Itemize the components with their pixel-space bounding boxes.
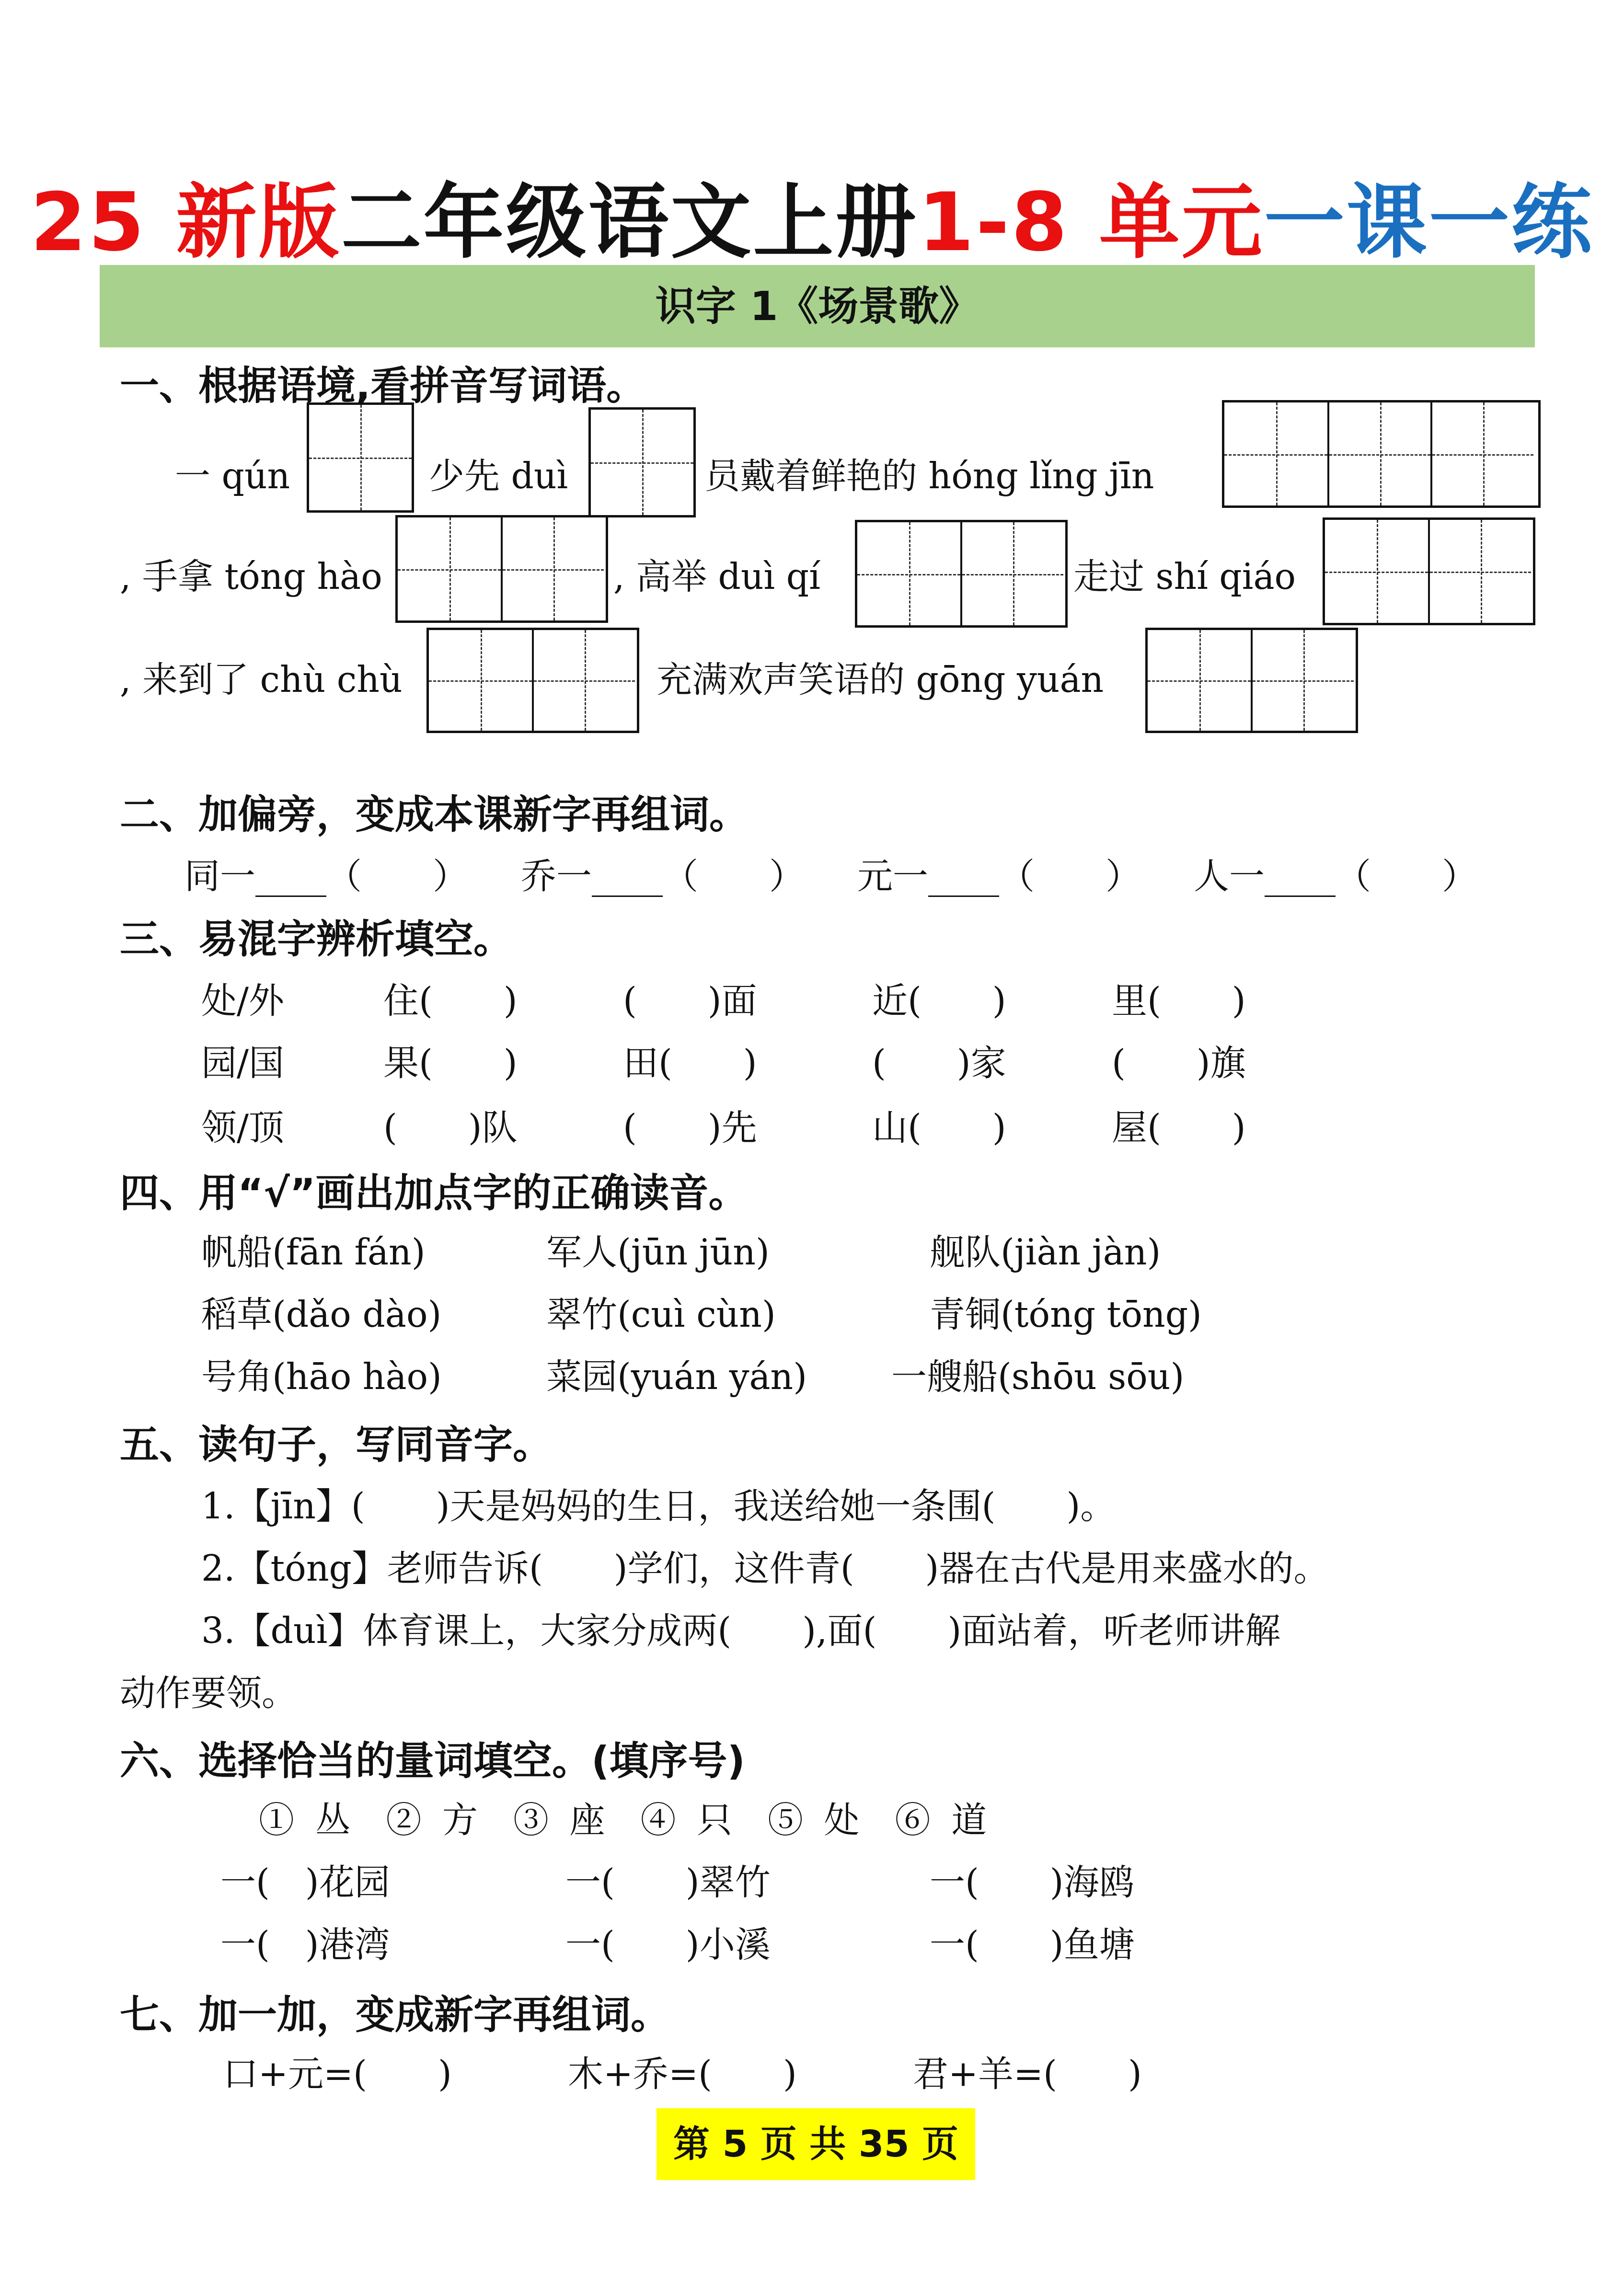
s7-blank[interactable]: 木+乔=( ) bbox=[568, 2046, 913, 2097]
title-part-year: 25 新版 bbox=[30, 175, 341, 269]
page-title: 25 新版二年级语文上册1-8 单元一课一练 bbox=[0, 158, 1624, 274]
s1-text: , 高举 duì qí bbox=[613, 549, 820, 599]
s4-option[interactable]: 菜园(yuán yán) bbox=[546, 1349, 891, 1400]
s6-blank[interactable]: 一( )花园 bbox=[220, 1854, 565, 1905]
s7-blank[interactable]: 口+元=( ) bbox=[223, 2046, 568, 2097]
s3-blank[interactable]: 果( ) bbox=[383, 1035, 623, 1086]
title-part-grade: 二年级语文上册 bbox=[341, 175, 918, 269]
s3-blank[interactable]: ( )队 bbox=[383, 1100, 623, 1150]
s1-text: , 手拿 tóng hào bbox=[120, 549, 382, 599]
s4-row: 号角(hāo hào)菜园(yuán yán)一艘船(shōu sōu) bbox=[201, 1349, 1184, 1400]
section-6-heading: 六、选择恰当的量词填空。(填序号) bbox=[120, 1730, 745, 1786]
s3-blank[interactable]: ( )旗 bbox=[1112, 1043, 1246, 1084]
s1-text: , 来到了 chù chù bbox=[120, 652, 403, 702]
s4-option[interactable]: 军人(jūn jūn) bbox=[546, 1224, 930, 1275]
s4-option[interactable]: 青铜(tóng tōng) bbox=[930, 1294, 1202, 1335]
lesson-banner: 识字 1《场景歌》 bbox=[100, 265, 1535, 347]
s4-option[interactable]: 帆船(fān fán) bbox=[201, 1224, 546, 1275]
s3-blank[interactable]: 住( ) bbox=[383, 973, 623, 1023]
s7-blank[interactable]: 君+羊=( ) bbox=[913, 2054, 1142, 2095]
writing-grid[interactable] bbox=[395, 515, 608, 623]
s6-blank[interactable]: 一( )小溪 bbox=[565, 1917, 930, 1967]
s4-option[interactable]: 号角(hāo hào) bbox=[201, 1349, 546, 1400]
s3-blank[interactable]: 山( ) bbox=[872, 1100, 1112, 1150]
s5-line[interactable]: 2.【tóng】老师告诉( )学们，这件青( )器在古代是用来盛水的。 bbox=[201, 1540, 1329, 1591]
s3-row: 园/国果( )田( )( )家( )旗 bbox=[201, 1035, 1246, 1086]
s6-options: ① 丛 ② 方 ③ 座 ④ 只 ⑤ 处 ⑥ 道 bbox=[259, 1792, 987, 1843]
s3-pair: 领/顶 bbox=[201, 1100, 383, 1150]
writing-grid[interactable] bbox=[1323, 517, 1535, 625]
s3-row: 领/顶( )队( )先山( )屋( ) bbox=[201, 1100, 1246, 1150]
s4-option[interactable]: 一艘船(shōu sōu) bbox=[891, 1356, 1184, 1398]
s6-row: 一( )花园一( )翠竹一( )海鸥 bbox=[220, 1854, 1135, 1905]
title-part-practice: 一课一练 bbox=[1264, 175, 1594, 269]
s6-blank[interactable]: 一( )鱼塘 bbox=[930, 1924, 1135, 1965]
page-number: 第 5 页 共 35 页 bbox=[657, 2108, 975, 2180]
s6-blank[interactable]: 一( )翠竹 bbox=[565, 1854, 930, 1905]
s1-text: 少先 duì bbox=[429, 448, 568, 499]
s4-option[interactable]: 稻草(dǎo dào) bbox=[201, 1286, 546, 1337]
s1-text: 走过 shí qiáo bbox=[1073, 549, 1296, 599]
s3-blank[interactable]: ( )家 bbox=[872, 1035, 1112, 1086]
s1-text: 充满欢声笑语的 gōng yuán bbox=[657, 652, 1104, 702]
section-7-heading: 七、加一加，变成新字再组词。 bbox=[120, 1984, 670, 2040]
writing-grid[interactable] bbox=[1145, 628, 1358, 733]
s3-blank[interactable]: 田( ) bbox=[623, 1035, 872, 1086]
s4-option[interactable]: 舰队(jiàn jàn) bbox=[930, 1232, 1161, 1273]
s5-line[interactable]: 1.【jīn】( )天是妈妈的生日，我送给她一条围( )。 bbox=[201, 1478, 1116, 1529]
s3-blank[interactable]: 屋( ) bbox=[1112, 1107, 1246, 1148]
section-3-heading: 三、易混字辨析填空。 bbox=[120, 908, 513, 964]
writing-grid[interactable] bbox=[1222, 400, 1541, 508]
s2-items: 同一____（ ） 乔一____（ ） 元一____（ ） 人一____（ ） bbox=[184, 848, 1477, 899]
s2-item[interactable]: 乔一____（ ） bbox=[521, 848, 805, 899]
s3-blank[interactable]: 近( ) bbox=[872, 973, 1112, 1023]
s4-option[interactable]: 翠竹(cuì cùn) bbox=[546, 1286, 930, 1337]
s3-blank[interactable]: ( )先 bbox=[623, 1100, 872, 1150]
s6-blank[interactable]: 一( )海鸥 bbox=[930, 1862, 1135, 1903]
writing-grid[interactable] bbox=[588, 407, 696, 517]
writing-grid[interactable] bbox=[855, 520, 1068, 628]
s2-item[interactable]: 同一____（ ） bbox=[184, 848, 468, 899]
writing-grid[interactable] bbox=[426, 628, 639, 733]
s5-line: 动作要领。 bbox=[120, 1665, 297, 1716]
s3-pair: 处/外 bbox=[201, 973, 383, 1023]
s5-line[interactable]: 3.【duì】体育课上，大家分成两( ),面( )面站着，听老师讲解 bbox=[201, 1603, 1280, 1653]
s4-row: 稻草(dǎo dào)翠竹(cuì cùn)青铜(tóng tōng) bbox=[201, 1286, 1202, 1337]
section-2-heading: 二、加偏旁，变成本课新字再组词。 bbox=[120, 783, 749, 839]
section-5-heading: 五、读句子，写同音字。 bbox=[120, 1413, 552, 1469]
s3-pair: 园/国 bbox=[201, 1035, 383, 1086]
s3-blank[interactable]: ( )面 bbox=[623, 973, 872, 1023]
s2-item[interactable]: 元一____（ ） bbox=[857, 848, 1141, 899]
s2-item[interactable]: 人一____（ ） bbox=[1194, 848, 1477, 899]
title-part-units: 1-8 单元 bbox=[918, 175, 1264, 269]
section-4-heading: 四、用“√”画出加点字的正确读音。 bbox=[120, 1162, 748, 1218]
s6-blank[interactable]: 一( )港湾 bbox=[220, 1917, 565, 1967]
s6-row: 一( )港湾一( )小溪一( )鱼塘 bbox=[220, 1917, 1135, 1967]
s7-row: 口+元=( )木+乔=( )君+羊=( ) bbox=[223, 2046, 1142, 2097]
s3-row: 处/外住( )( )面近( )里( ) bbox=[201, 973, 1246, 1023]
s4-row: 帆船(fān fán)军人(jūn jūn)舰队(jiàn jàn) bbox=[201, 1224, 1161, 1275]
s3-blank[interactable]: 里( ) bbox=[1112, 980, 1246, 1022]
writing-grid[interactable] bbox=[307, 402, 414, 513]
s1-text: 一 qún bbox=[175, 448, 290, 499]
s1-text: 员戴着鲜艳的 hóng lǐng jīn bbox=[704, 448, 1154, 499]
